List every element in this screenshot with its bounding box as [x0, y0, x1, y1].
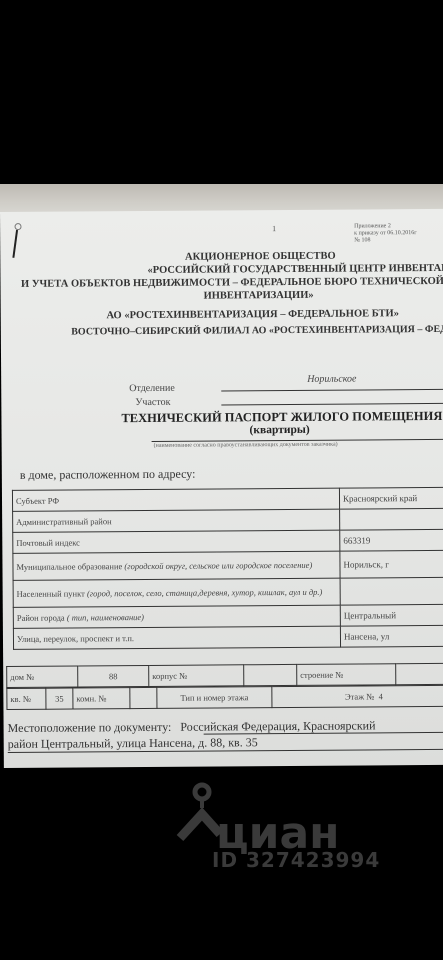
address-label: Почтовый индекс	[13, 530, 340, 553]
structure-value	[396, 663, 443, 684]
floor-type-label: Тип и номер этажа	[157, 687, 272, 709]
table-row: кв. № 35 комн. № Тип и номер этажа Этаж …	[7, 685, 443, 709]
label-text: Населенный пункт	[17, 588, 87, 598]
corpus-value	[244, 664, 297, 685]
label-text: Субъект РФ	[16, 496, 59, 506]
table-row: Административный район	[13, 508, 443, 532]
room-label: комн. №	[73, 688, 130, 709]
department-line	[221, 389, 443, 392]
address-label: Муниципальное образование (городской окр…	[13, 551, 340, 580]
label-note: ( тип, наименование)	[67, 612, 144, 623]
address-value: Красноярский край	[339, 487, 443, 509]
page-number: 1	[272, 224, 276, 233]
house-value: 88	[78, 665, 149, 686]
department-label: Отделение	[129, 383, 175, 394]
table-row: Улица, переулок, проспект и т.п. Нансена…	[13, 625, 443, 649]
appendix-line: № 108	[354, 237, 417, 244]
appendix-line: к приказу от 06.10.2016г	[354, 230, 417, 237]
cian-watermark: циан ID 327423994	[176, 778, 416, 878]
address-label: Административный район	[13, 509, 340, 532]
org-line: ВОСТОЧНО–СИБИРСКИЙ ФИЛИАЛ АО «РОСТЕХИНВЕ…	[41, 322, 443, 340]
address-value	[340, 577, 443, 605]
apartment-label: кв. №	[7, 688, 46, 709]
structure-label: строение №	[297, 664, 396, 686]
address-value: Норильск, г	[340, 550, 443, 578]
address-label: Улица, переулок, проспект и т.п.	[13, 626, 340, 649]
address-label: Субъект РФ	[12, 488, 339, 511]
floor-value: 4	[379, 691, 383, 701]
org-line: АО «РОСТЕХИНВЕНТАРИЗАЦИЯ – ФЕДЕРАЛЬНОЕ Б…	[0, 306, 443, 324]
floor-label: Этаж №	[345, 691, 374, 701]
room-value	[130, 687, 157, 708]
label-text: Муниципальное образование	[16, 561, 124, 572]
label-text: Административный район	[16, 516, 112, 527]
address-intro: в доме, расположенном по адресу:	[20, 467, 196, 483]
table-row: Муниципальное образование (городской окр…	[13, 550, 443, 580]
label-text: Почтовый индекс	[16, 537, 80, 547]
building-table: дом № 88 корпус № строение №	[6, 663, 443, 688]
house-label: дом №	[7, 666, 78, 687]
address-value: 663319	[340, 529, 443, 551]
address-label: Населенный пункт (город, поселок, село, …	[13, 578, 340, 607]
label-text: Улица, переулок, проспект и т.п.	[17, 633, 134, 644]
apartment-table: кв. № 35 комн. № Тип и номер этажа Этаж …	[6, 685, 443, 710]
appendix-note: Приложение 2 к приказу от 06.10.2016г № …	[354, 223, 417, 244]
label-text: Район города	[17, 613, 67, 623]
address-label: Район города ( тип, наименование)	[13, 605, 340, 628]
address-table: Субъект РФ Красноярский край Администрат…	[12, 487, 443, 650]
location-line-2: район Центральный, улица Нансена, д. 88,…	[8, 735, 258, 751]
floor-cell: Этаж № 4	[272, 685, 443, 707]
location-line-1: Российская Федерация, Красноярский	[180, 718, 375, 733]
label-note: (городской округ, сельское или городское…	[124, 560, 312, 571]
section-label: Участок	[135, 397, 170, 408]
table-row: Почтовый индекс 663319	[13, 529, 443, 553]
table-row: Район города ( тип, наименование) Центра…	[13, 604, 443, 628]
address-value: Центральный	[340, 604, 443, 626]
table-row: дом № 88 корпус № строение №	[7, 663, 443, 687]
document-page: 1 Приложение 2 к приказу от 06.10.2016г …	[0, 209, 443, 768]
label-note: (город, поселок, село, станица,деревня, …	[87, 587, 322, 599]
org-line: ИНВЕНТАРИЗАЦИИ»	[0, 287, 443, 305]
department-value: Норильское	[307, 374, 356, 385]
location-block: Местоположение по документу: Российская …	[8, 717, 376, 752]
section-line	[221, 403, 443, 406]
document-subtitle: (квартиры)	[249, 424, 309, 436]
watermark-id: ID 327423994	[212, 848, 380, 872]
address-value	[340, 508, 443, 530]
apartment-value: 35	[46, 688, 73, 709]
corpus-label: корпус №	[149, 665, 244, 687]
location-label: Местоположение по документу:	[8, 720, 172, 735]
address-value: Нансена, ул	[340, 625, 443, 647]
table-row: Субъект РФ Красноярский край	[12, 487, 443, 511]
table-row: Населенный пункт (город, поселок, село, …	[13, 577, 443, 607]
title-caption: (наименование согласно правоустанавливаю…	[154, 442, 338, 449]
